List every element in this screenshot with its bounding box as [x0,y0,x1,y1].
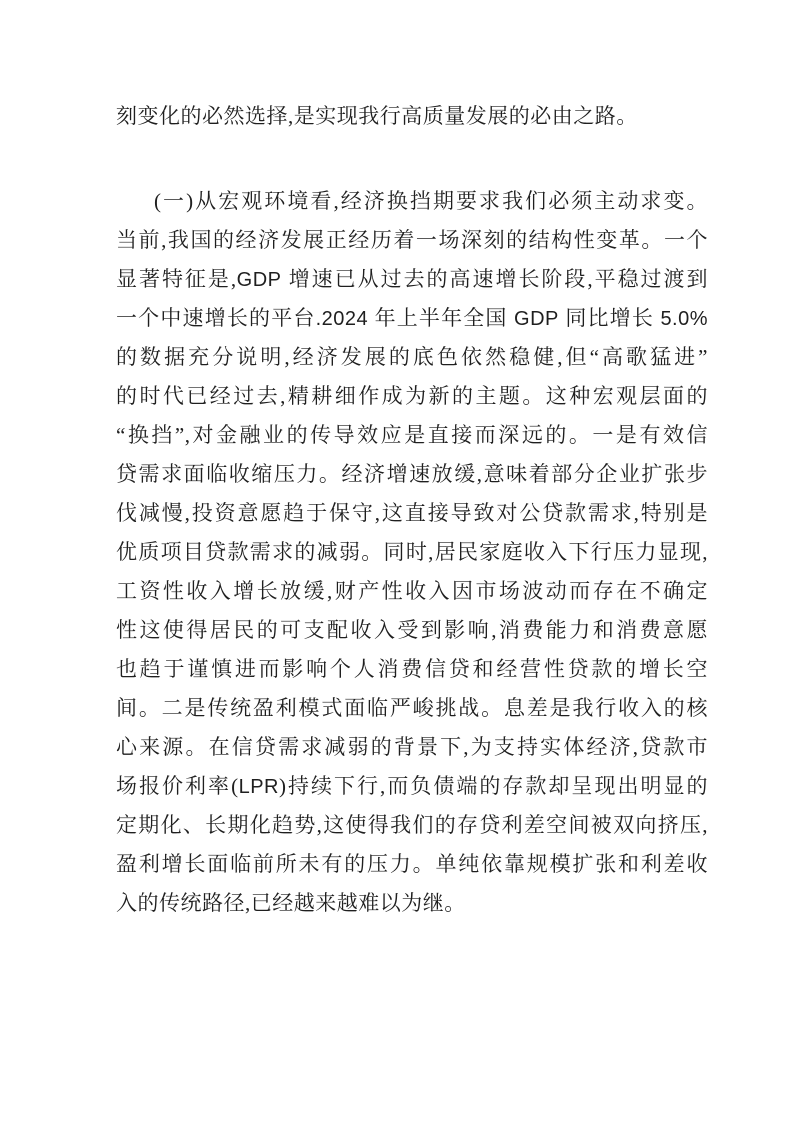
text-line: 显著特征是,GDP 增速已从过去的高速增长阶段,平稳过渡到 [116,260,708,299]
text-line: 场报价利率(LPR)持续下行,而负债端的存款却呈现出明显的 [116,767,708,806]
latin-text: GDP [514,308,559,330]
text-line: 性这使得居民的可支配收入受到影响,消费能力和消费意愿 [116,611,708,650]
text-line: 优质项目贷款需求的减弱。同时,居民家庭收入下行压力显现, [116,533,708,572]
text-line: 间。二是传统盈利模式面临严峻挑战。息差是我行收入的核 [116,689,708,728]
text-line: 刻变化的必然选择,是实现我行高质量发展的必由之路。 [116,97,708,136]
latin-text: 5.0% [660,308,708,330]
page-content: 刻变化的必然选择,是实现我行高质量发展的必由之路。 (一)从宏观环境看,经济换挡… [116,97,708,923]
latin-text: LPR [239,776,279,798]
text-line: 入的传统路径,已经越来越难以为继。 [116,884,708,923]
paragraph-spacer [116,136,708,182]
text-line: 伐减慢,投资意愿趋于保守,这直接导致对公贷款需求,特别是 [116,494,708,533]
document-page: 刻变化的必然选择,是实现我行高质量发展的必由之路。 (一)从宏观环境看,经济换挡… [0,0,793,1122]
latin-text: .2024 [316,308,369,330]
text-line: 定期化、长期化趋势,这使得我们的存贷利差空间被双向挤压, [116,806,708,845]
text-line: 盈利增长面临前所未有的压力。单纯依靠规模扩张和利差收 [116,845,708,884]
text-line: 也趋于谨慎进而影响个人消费信贷和经营性贷款的增长空 [116,650,708,689]
text-line: 当前,我国的经济发展正经历着一场深刻的结构性变革。一个 [116,221,708,260]
paragraph-section-one: (一)从宏观环境看,经济换挡期要求我们必须主动求变。 当前,我国的经济发展正经历… [116,182,708,923]
text-line: 的时代已经过去,精耕细作成为新的主题。这种宏观层面的 [116,377,708,416]
text-line: 心来源。在信贷需求减弱的背景下,为支持实体经济,贷款市 [116,728,708,767]
text-line: 工资性收入增长放缓,财产性收入因市场波动而存在不确定 [116,572,708,611]
latin-text: GDP [237,269,282,291]
text-line: 贷需求面临收缩压力。经济增速放缓,意味着部分企业扩张步 [116,455,708,494]
text-line: “换挡”,对金融业的传导效应是直接而深远的。一是有效信 [116,416,708,455]
text-line: 的数据充分说明,经济发展的底色依然稳健,但“高歌猛进” [116,338,708,377]
text-line: 一个中速增长的平台.2024 年上半年全国 GDP 同比增长 5.0% [116,299,708,338]
paragraph-continuation: 刻变化的必然选择,是实现我行高质量发展的必由之路。 [116,97,708,136]
text-line: (一)从宏观环境看,经济换挡期要求我们必须主动求变。 [116,182,708,221]
